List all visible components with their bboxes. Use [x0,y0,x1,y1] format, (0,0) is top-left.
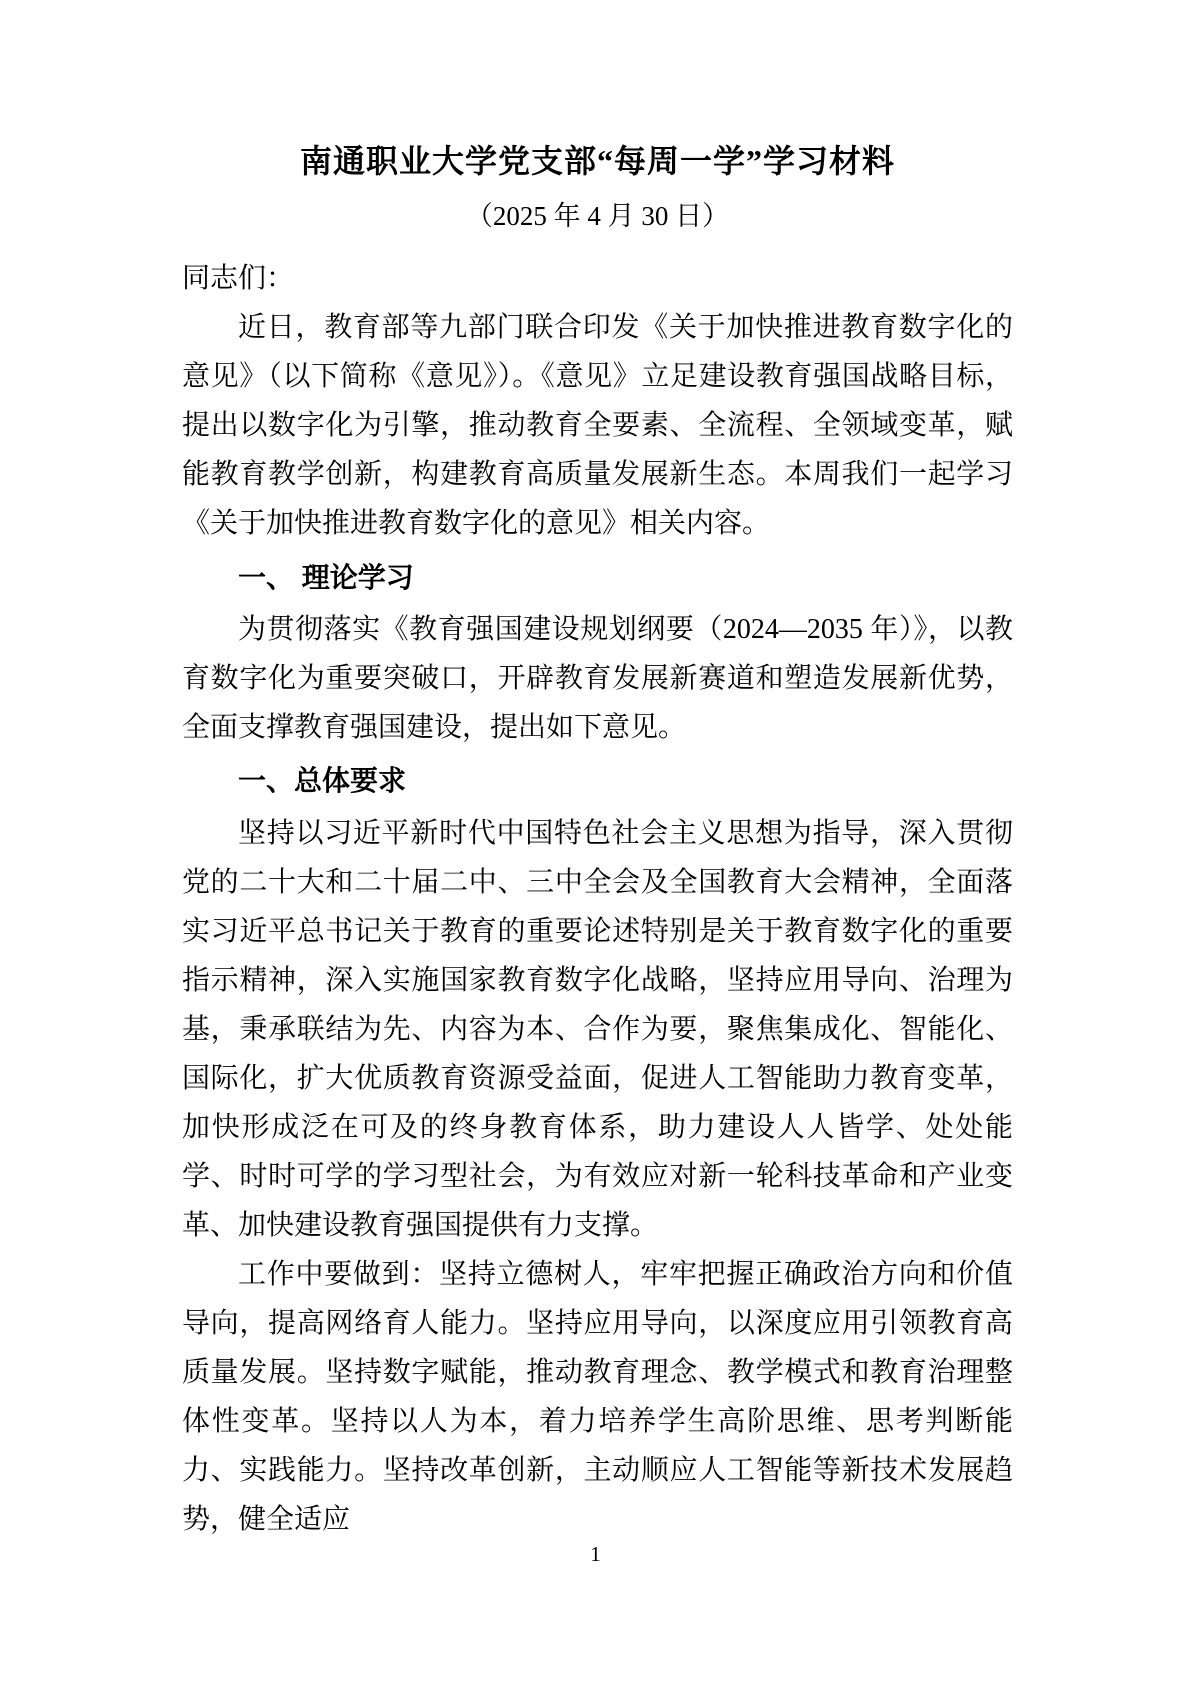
page-number: 1 [0,1542,1191,1566]
paragraph-guiding-ideology: 坚持以习近平新时代中国特色社会主义思想为指导，深入贯彻党的二十大和二十届二中、三… [182,809,1013,1250]
heading-theory-study: 一、 理论学习 [182,553,1013,602]
salutation-line: 同志们： [182,254,1013,303]
paragraph-intro-opinions: 近日，教育部等九部门联合印发《关于加快推进教育数字化的意见》（以下简称《意见》）… [182,303,1013,548]
document-title: 南通职业大学党支部“每周一学”学习材料 [182,138,1013,184]
paragraph-work-principles: 工作中要做到：坚持立德树人，牢牢把握正确政治方向和价值导向，提高网络育人能力。坚… [182,1250,1013,1544]
paragraph-planning-outline: 为贯彻落实《教育强国建设规划纲要（2024—2035 年）》，以教育数字化为重要… [182,605,1013,752]
document-page: 南通职业大学党支部“每周一学”学习材料 （2025 年 4 月 30 日） 同志… [0,0,1191,1684]
heading-overall-requirements: 一、总体要求 [182,757,1013,806]
document-date: （2025 年 4 月 30 日） [182,196,1013,236]
